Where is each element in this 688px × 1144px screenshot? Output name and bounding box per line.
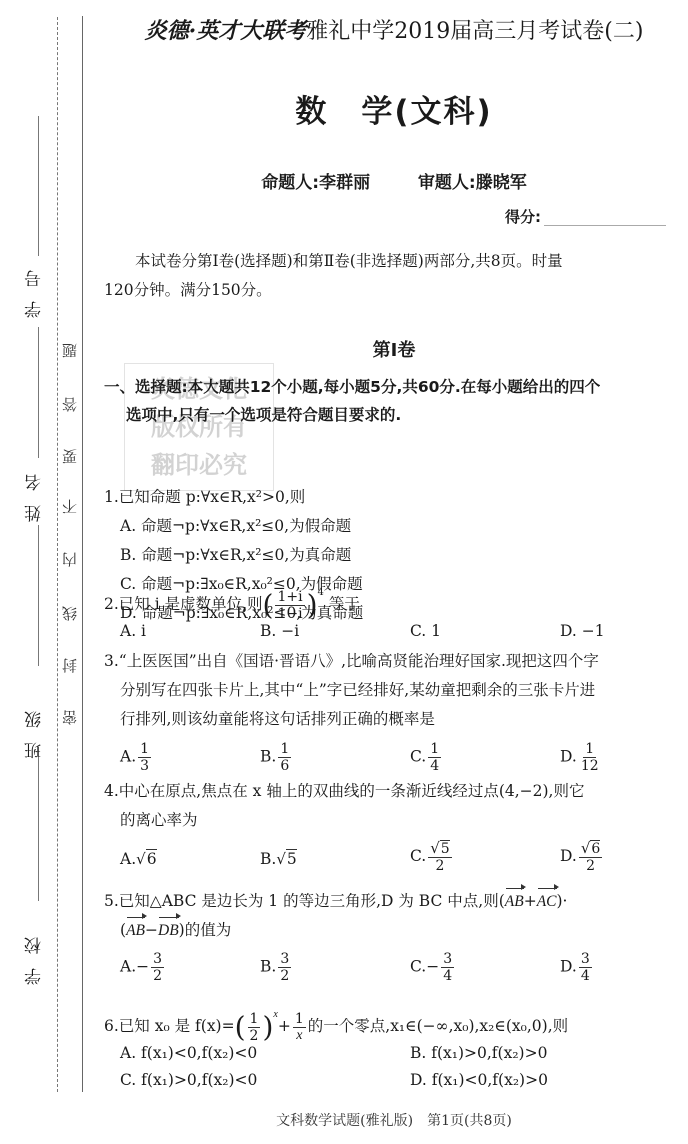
exam-title: 炎德·英才大联考雅礼中学2019届高三月考试卷(二) <box>110 14 678 45</box>
option-c[interactable]: C.14 <box>410 741 443 774</box>
question-number: 1. <box>104 488 119 506</box>
question-stem-text: )· <box>557 892 568 910</box>
question-1: 1.已知命题 p:∀x∈R,x²>0,则 A. 命题¬p:∀x∈R,x²≤0,为… <box>104 483 678 628</box>
option-d[interactable]: D. f(x₁)<0,f(x₂)>0 <box>410 1071 548 1089</box>
question-number: 4. <box>104 782 119 800</box>
option-b[interactable]: B.32 <box>260 951 293 984</box>
numerator: 3 <box>278 951 291 968</box>
numerator: 1 <box>138 741 151 758</box>
question-stem-text: )的值为 <box>179 921 232 939</box>
option-a[interactable]: A. 命题¬p:∀x∈R,x²≤0,为假命题 <box>104 512 678 541</box>
intro-line-2: 120分钟。满分150分。 <box>104 276 676 305</box>
section-title: 第Ⅰ卷 <box>110 336 678 362</box>
field-label-name: 姓名 <box>24 460 48 522</box>
numerator: 3 <box>579 951 592 968</box>
field-label-student-id: 学号 <box>24 256 48 318</box>
option-a[interactable]: A.13 <box>120 741 153 774</box>
watermark-line: 翻印必究 <box>125 446 273 484</box>
operator: + <box>524 892 537 910</box>
option-label: B. <box>260 850 276 868</box>
question-number: 6. <box>104 1017 119 1035</box>
question-stem-line: 中心在原点,焦点在 x 轴上的双曲线的一条渐近线经过点(4,−2),则它 <box>119 782 585 800</box>
vector-ab: AB <box>505 887 524 916</box>
question-3: 3.“上医医国”出自《国语·晋语八》,比喻高贤能治理好国家.现把这四个字 分别写… <box>104 647 678 734</box>
numerator: 1 <box>583 741 596 758</box>
question-6: 6.已知 x₀ 是 f(x)=(12)x+1x的一个零点,x₁∈(−∞,x₀),… <box>104 1000 678 1044</box>
denominator: 2 <box>434 858 447 874</box>
field-label-text: 姓名 <box>24 460 46 522</box>
radicand: 6 <box>146 849 157 868</box>
seal-char: 要 <box>59 449 81 464</box>
option-label: D. <box>560 748 577 766</box>
option-label: B. <box>260 748 276 766</box>
vector-ab: AB <box>126 916 145 945</box>
denominator: 12 <box>579 758 601 774</box>
option-label: A. <box>120 958 136 976</box>
option-label: D. <box>560 958 577 976</box>
intro-line-1: 本试卷分第Ⅰ卷(选择题)和第Ⅱ卷(非选择题)两部分,共8页。时量 <box>104 247 676 276</box>
question-stem-text: 的一个零点,x₁∈(−∞,x₀),x₂∈(x₀,0),则 <box>308 1017 568 1035</box>
brand-name: 炎德·英才大联考 <box>145 18 307 44</box>
numerator: 1 <box>278 741 291 758</box>
sign: − <box>426 958 439 976</box>
option-label: C. <box>410 748 426 766</box>
class-blank-line[interactable] <box>38 525 39 666</box>
vector-db: DB <box>158 916 179 945</box>
part-instructions-line-2: 选项中,只有一个选项是符合题目要求的. <box>104 401 678 429</box>
option-c[interactable]: C. f(x₁)>0,f(x₂)<0 <box>120 1071 257 1089</box>
option-c[interactable]: C. 命题¬p:∃x₀∈R,x₀²≤0,为假命题 <box>104 570 678 599</box>
radicand: 6 <box>590 840 600 857</box>
question-4: 4.中心在原点,焦点在 x 轴上的双曲线的一条渐近线经过点(4,−2),则它 的… <box>104 777 678 835</box>
score-blank[interactable] <box>544 225 666 226</box>
denominator: 2 <box>151 968 164 984</box>
seal-char: 内 <box>59 552 81 567</box>
option-a[interactable]: A.−32 <box>120 951 166 984</box>
vector-ac: AC <box>537 887 557 916</box>
denominator: 2 <box>584 858 597 874</box>
numerator: 1 <box>428 741 441 758</box>
option-c[interactable]: C.−34 <box>410 951 456 984</box>
seal-char: 答 <box>59 397 81 412</box>
question-stem: 已知命题 p:∀x∈R,x²>0,则 <box>119 488 305 506</box>
question-5: 5.已知△ABC 是边长为 1 的等边三角形,D 为 BC 中点,则(AB+AC… <box>104 887 678 945</box>
denominator: 6 <box>278 758 291 774</box>
denominator: 4 <box>579 968 592 984</box>
question-stem-line: 行排列,则该幼童能将这句话排列正确的概率是 <box>104 705 678 734</box>
option-label: A. <box>120 748 136 766</box>
part-instructions: 一、选择题:本大题共12个小题,每小题5分,共60分.在每小题给出的四个 选项中… <box>104 373 678 429</box>
score-field: 得分: <box>505 206 666 227</box>
option-d[interactable]: D.34 <box>560 951 594 984</box>
question-stem-text: 已知 x₀ 是 f(x)= <box>119 1017 235 1035</box>
question-stem-text: 已知△ABC 是边长为 1 的等边三角形,D 为 BC 中点,则( <box>119 892 505 910</box>
question-stem-line: “上医医国”出自《国语·晋语八》,比喻高贤能治理好国家.现把这四个字 <box>119 652 599 670</box>
denominator: 2 <box>278 968 291 984</box>
intro-paragraph: 本试卷分第Ⅰ卷(选择题)和第Ⅱ卷(非选择题)两部分,共8页。时量 120分钟。满… <box>104 247 676 305</box>
page-footer: 文科数学试题(雅礼版) 第1页(共8页) <box>110 1110 678 1130</box>
seal-dotted-line <box>57 17 58 1092</box>
option-label: C. <box>410 847 426 865</box>
option-b[interactable]: B. f(x₁)>0,f(x₂)>0 <box>410 1044 547 1062</box>
question-number: 5. <box>104 892 119 910</box>
option-c[interactable]: C.√52 <box>410 840 454 874</box>
numerator: 3 <box>441 951 454 968</box>
option-d[interactable]: D.√62 <box>560 840 604 874</box>
field-label-text: 学号 <box>24 256 46 318</box>
question-number: 3. <box>104 652 119 670</box>
option-b[interactable]: B. 命题¬p:∀x∈R,x²≤0,为真命题 <box>104 541 678 570</box>
operator: + <box>278 1017 291 1035</box>
denominator: x <box>294 1028 304 1044</box>
field-label-text: 班级 <box>24 697 46 759</box>
sign: − <box>136 958 149 976</box>
option-label: D. <box>560 847 577 865</box>
reviewer: 审题人:滕晓军 <box>418 173 527 193</box>
seal-char: 题 <box>59 343 81 358</box>
subject-title: 数 学(文科) <box>110 86 678 131</box>
operator: − <box>145 921 158 939</box>
seal-char: 封 <box>59 658 81 673</box>
student-id-blank-line[interactable] <box>38 116 39 256</box>
name-blank-line[interactable] <box>38 327 39 458</box>
exam-title-text: 雅礼中学2019届高三月考试卷(二) <box>306 19 643 44</box>
radicand: 5 <box>440 840 450 857</box>
denominator: 4 <box>441 968 454 984</box>
denominator: 4 <box>428 758 441 774</box>
option-d[interactable]: D.112 <box>560 741 603 774</box>
seal-char: 密 <box>59 710 81 725</box>
school-blank-line[interactable] <box>38 747 39 901</box>
radicand: 5 <box>286 849 297 868</box>
option-label: B. <box>260 958 276 976</box>
seal-char: 不 <box>59 499 81 514</box>
option-d[interactable]: D. 命题¬p:∃x₀∈R,x₀²≤0,为真命题 <box>104 599 678 628</box>
option-b[interactable]: B.16 <box>260 741 293 774</box>
option-label: C. <box>410 958 426 976</box>
option-label: A. <box>120 850 136 868</box>
option-a[interactable]: A.√6 <box>120 850 157 868</box>
field-label-text: 学校 <box>24 923 46 985</box>
seal-char: 线 <box>59 606 81 621</box>
question-stem-line: 的离心率为 <box>104 806 678 835</box>
score-label: 得分: <box>505 208 541 226</box>
numerator: 3 <box>151 951 164 968</box>
denominator: 3 <box>138 758 151 774</box>
setter: 命题人:李群丽 <box>261 173 370 193</box>
numerator: 1 <box>293 1011 306 1028</box>
authors: 命题人:李群丽 审题人:滕晓军 <box>110 168 678 193</box>
question-stem-line: 分别写在四张卡片上,其中“上”字已经排好,某幼童把剩余的三张卡片进 <box>104 676 678 705</box>
seal-solid-line <box>82 16 83 1092</box>
option-a[interactable]: A. f(x₁)<0,f(x₂)<0 <box>120 1044 257 1062</box>
part-instructions-line-1: 一、选择题:本大题共12个小题,每小题5分,共60分.在每小题给出的四个 <box>104 378 600 396</box>
field-label-class: 班级 <box>24 697 48 759</box>
option-b[interactable]: B.√5 <box>260 850 297 868</box>
numerator: 1 <box>248 1011 261 1028</box>
denominator: 2 <box>248 1028 261 1044</box>
field-label-school: 学校 <box>24 923 48 985</box>
